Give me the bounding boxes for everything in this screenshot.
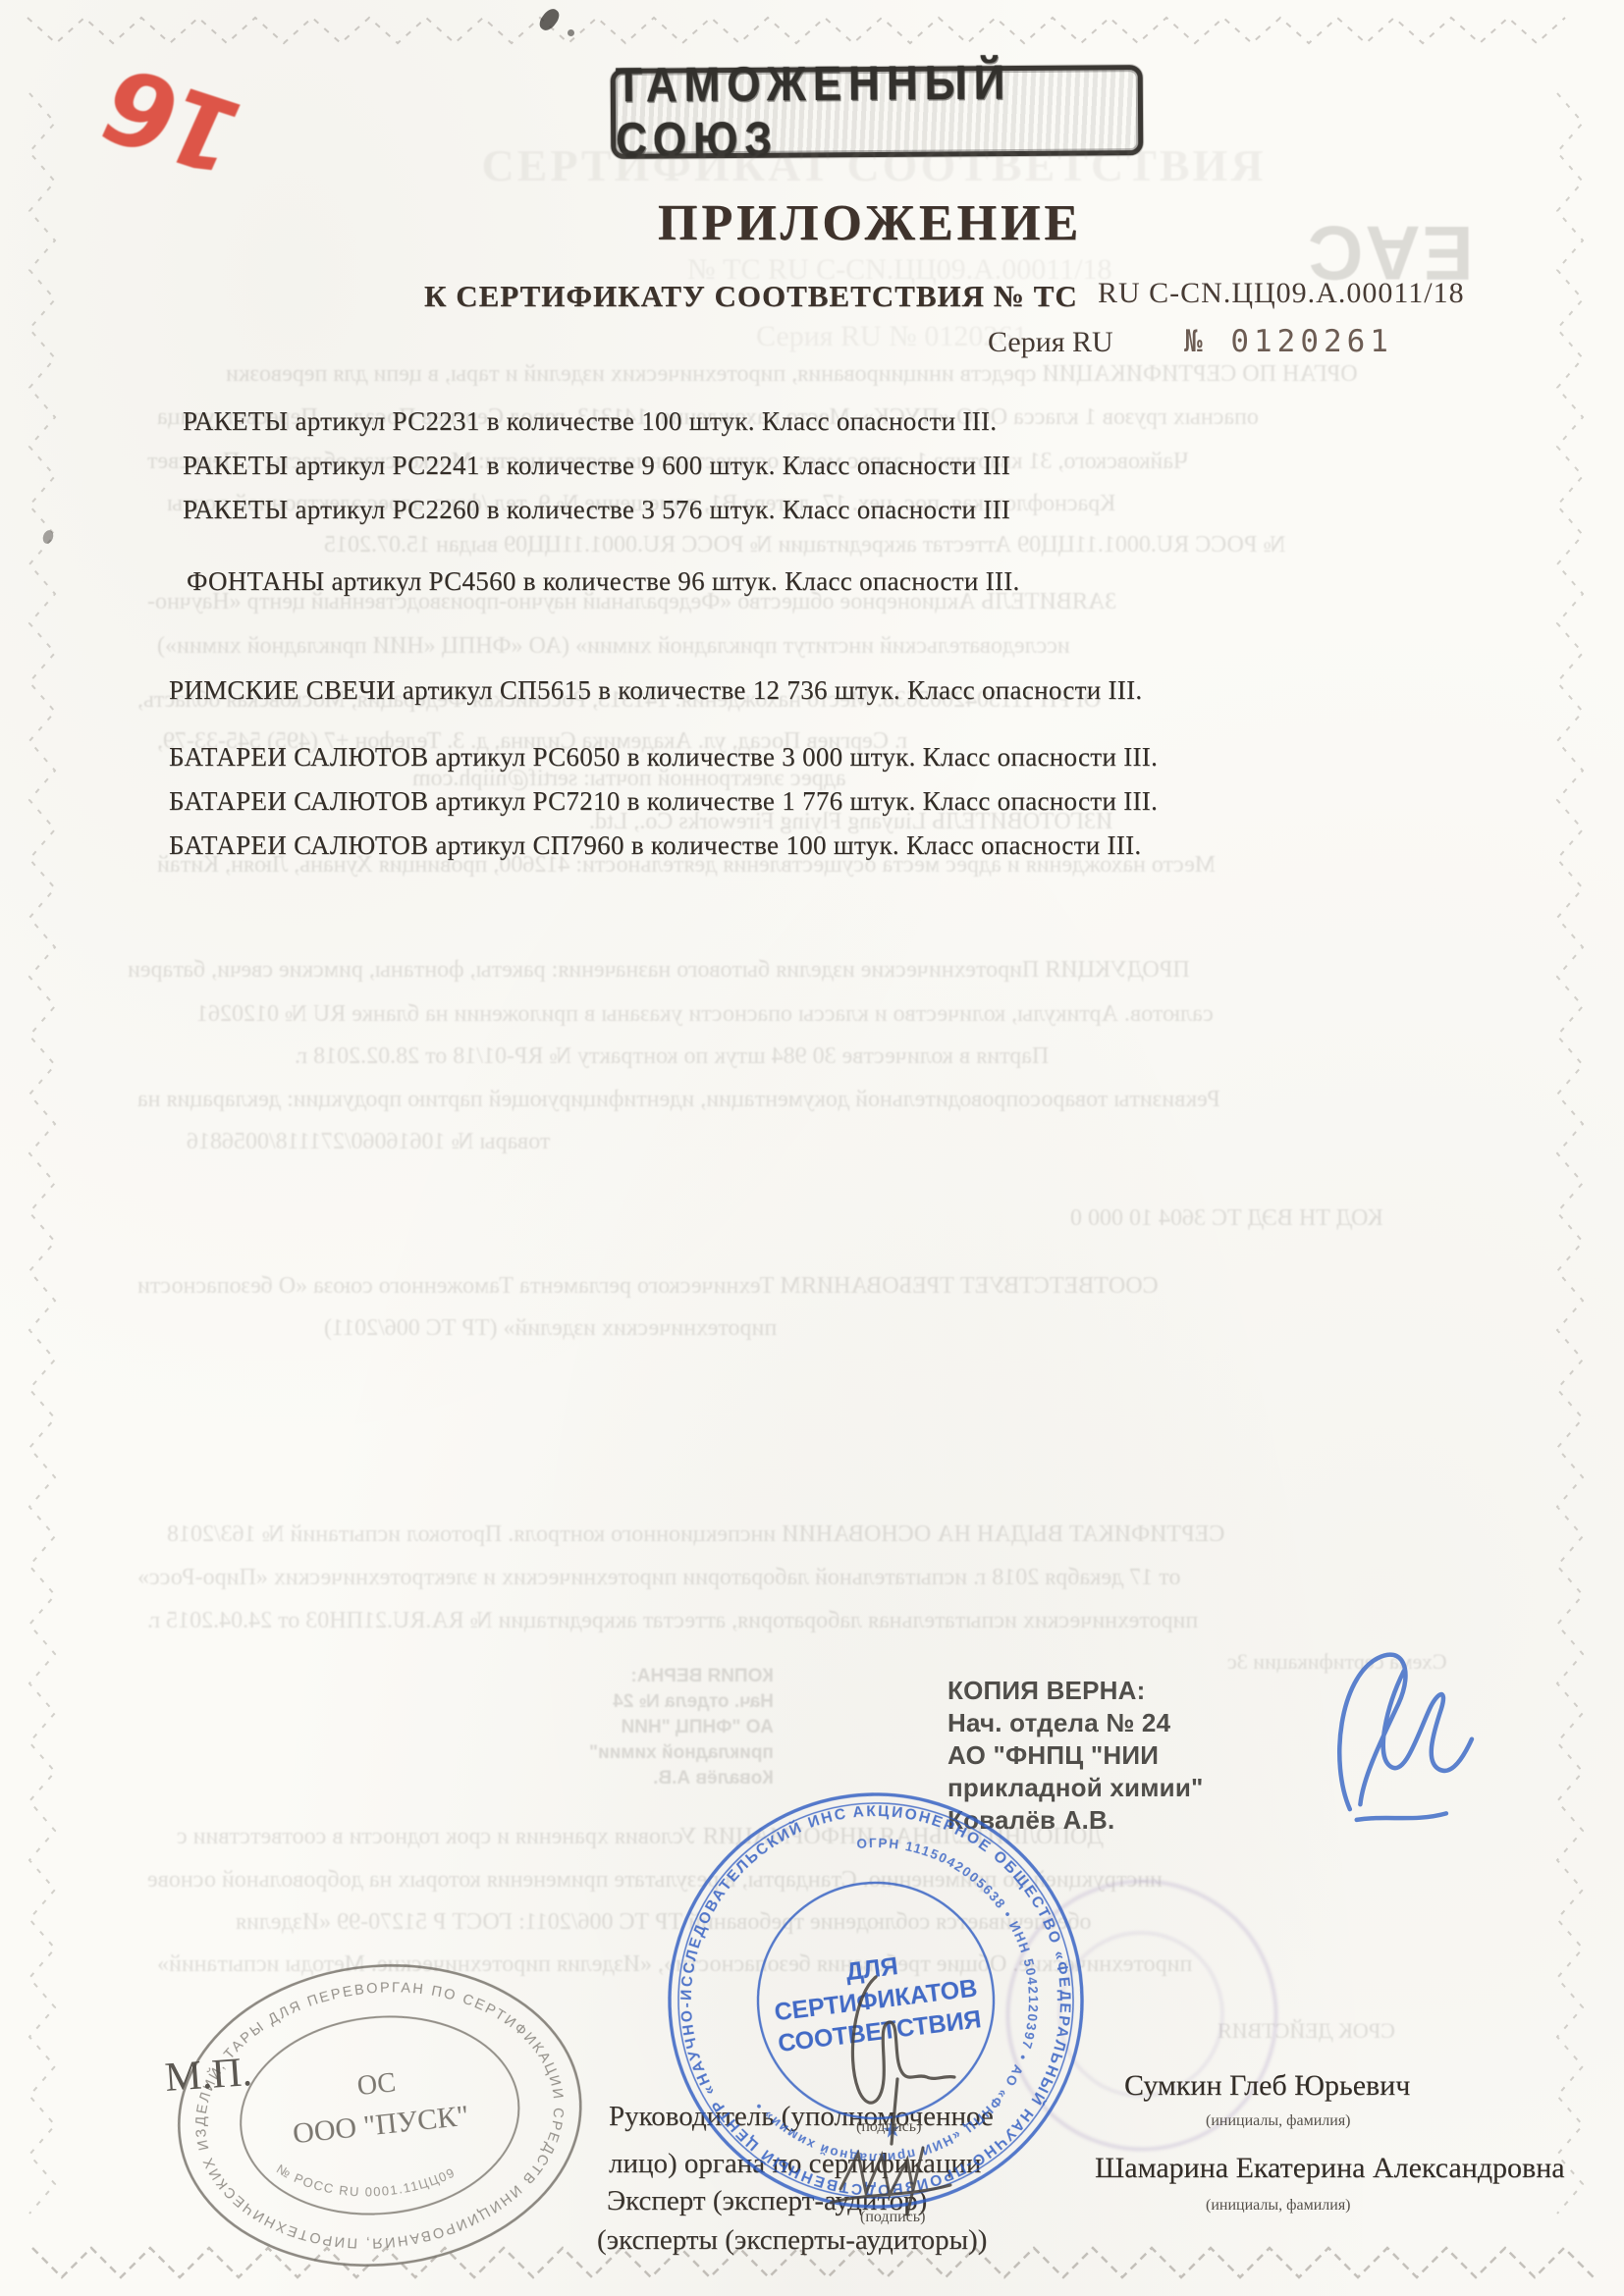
product-line: БАТАРЕИ САЛЮТОВ артикул РС6050 в количес… bbox=[169, 742, 1158, 773]
ghost-line: салютов. Артикулы, количество и классы о… bbox=[196, 1001, 1214, 1028]
border-zigzag-right bbox=[1547, 88, 1606, 2238]
border-zigzag-left bbox=[20, 88, 79, 2238]
page-title: ПРИЛОЖЕНИЕ bbox=[658, 194, 1082, 252]
signature-caption: (подпись) bbox=[860, 2209, 925, 2226]
ghost-copy-line: АО "ФНПЦ "НИИ bbox=[589, 1715, 774, 1740]
expert-signer-name: Шамарина Екатерина Александровна bbox=[1095, 2152, 1565, 2185]
svg-text:ОРГАН ПО СЕРТИФИКАЦИИ СРЕДСТВ: ОРГАН ПО СЕРТИФИКАЦИИ СРЕДСТВ ИНИЦИИРОВА… bbox=[153, 1934, 579, 2271]
ghost-line: от 17 декабря 2018 г. испытательной лабо… bbox=[137, 1565, 1180, 1591]
mp-seal-mark: М.П. bbox=[163, 2049, 253, 2102]
copy-certified-line: АО "ФНПЦ "НИИ bbox=[947, 1739, 1204, 1772]
ink-speck bbox=[568, 29, 574, 36]
pusk-stamp-center-name: ООО "ПУСК" bbox=[292, 2100, 470, 2151]
ghost-line: СООТВЕТСТВУЕТ ТРЕБОВАНИЯМ Технического р… bbox=[137, 1273, 1159, 1300]
ghost-line: № РОСС RU.0001.11ЦЦ09 Аттестат аккредита… bbox=[324, 532, 1285, 559]
certificate-subtitle: К СЕРТИФИКАТУ СООТВЕТСТВИЯ № ТС bbox=[424, 279, 1078, 314]
ghost-line: Партия в количестве 30 984 штук по контр… bbox=[295, 1043, 1049, 1070]
ghost-copy-block: КОПИЯ ВЕРНА: Нач. отдела № 24 АО "ФНПЦ "… bbox=[589, 1664, 774, 1791]
ghost-line: пиротехнических испытательная лаборатори… bbox=[147, 1608, 1198, 1634]
ghost-header-line: СЕРТИФИКАТ СООТВЕТСТВИЯ bbox=[481, 139, 1266, 191]
product-line: РАКЕТЫ артикул РС2241 в количестве 9 600… bbox=[183, 451, 1010, 481]
initials-caption: (инициалы, фамилия) bbox=[1206, 2197, 1351, 2215]
pusk-org-stamp: ОРГАН ПО СЕРТИФИКАЦИИ СРЕДСТВ ИНИЦИИРОВА… bbox=[153, 1934, 607, 2296]
product-line: РИМСКИЕ СВЕЧИ артикул СП5615 в количеств… bbox=[169, 675, 1142, 706]
shamarina-signature bbox=[825, 2140, 972, 2218]
ghost-line: ОРГАН ПО СЕРТИФИКАЦИИ средств инициирова… bbox=[226, 361, 1358, 388]
border-zigzag-top bbox=[20, 10, 1604, 65]
kovalev-signature bbox=[1296, 1632, 1503, 1857]
series-label: Серия RU bbox=[988, 326, 1113, 359]
product-line: ФОНТАНЫ артикул РС4560 в количестве 96 ш… bbox=[187, 566, 1020, 597]
ghost-line: КОД ТН ВЭД ТС 3604 10 000 0 bbox=[1070, 1205, 1383, 1232]
pusk-stamp-ring-text: ОРГАН ПО СЕРТИФИКАЦИИ СРЕДСТВ ИНИЦИИРОВА… bbox=[153, 1934, 579, 2271]
handwritten-page-number: 16 bbox=[88, 45, 261, 195]
certificate-number: RU C-CN.ЦЦ09.А.00011/18 bbox=[1098, 277, 1465, 310]
ghost-copy-line: Ковалёв А.В. bbox=[589, 1766, 774, 1791]
product-line: РАКЕТЫ артикул РС2231 в количестве 100 ш… bbox=[183, 406, 997, 437]
ghost-copy-line: КОПИЯ ВЕРНА: bbox=[589, 1664, 774, 1689]
product-line: БАТАРЕИ САЛЮТОВ артикул СП7960 в количес… bbox=[169, 830, 1141, 861]
ghost-line: товары № 10616060/271118/0056816 bbox=[187, 1129, 550, 1155]
scanned-certificate-page: 16 ТАМОЖЕННЫЙ СОЮЗ СЕРТИФИКАТ СООТВЕТСТВ… bbox=[0, 0, 1624, 2296]
ghost-line: исследовательский институт прикладной хи… bbox=[157, 633, 1070, 660]
signature-caption: (подпись) bbox=[856, 2118, 921, 2136]
copy-certified-line: Нач. отдела № 24 bbox=[947, 1707, 1204, 1739]
ghost-copy-line: прикладной химии" bbox=[589, 1740, 774, 1766]
product-line: РАКЕТЫ артикул РС2260 в количестве 3 576… bbox=[183, 495, 1010, 525]
head-signer-name: Сумкин Глеб Юрьевич bbox=[1124, 2069, 1410, 2103]
ghost-copy-line: Нач. отдела № 24 bbox=[589, 1689, 774, 1715]
initials-caption: (инициалы, фамилия) bbox=[1206, 2112, 1351, 2130]
ghost-header-line: Серия RU № 0120261 bbox=[756, 320, 1027, 353]
pusk-stamp-center-os: ОС bbox=[355, 2067, 397, 2102]
series-number: № 0120261 bbox=[1184, 324, 1393, 359]
ghost-line: пиротехнических изделий» (ТР ТС 006/2011… bbox=[324, 1315, 777, 1342]
expert-label-line2: (эксперты (эксперты-аудиторы)) bbox=[597, 2224, 987, 2257]
copy-certified-line: КОПИЯ ВЕРНА: bbox=[947, 1675, 1204, 1707]
ghost-line: Реквизиты товаросопроводительной докумен… bbox=[137, 1087, 1220, 1113]
product-line: БАТАРЕИ САЛЮТОВ артикул РС7210 в количес… bbox=[169, 786, 1158, 817]
ghost-line: ПРОДУКЦИЯ Пиротехнические изделия бытово… bbox=[128, 957, 1190, 984]
ghost-line: СЕРТИФИКАТ ВЫДАН НА ОСНОВАНИИ инспекцион… bbox=[167, 1522, 1224, 1548]
